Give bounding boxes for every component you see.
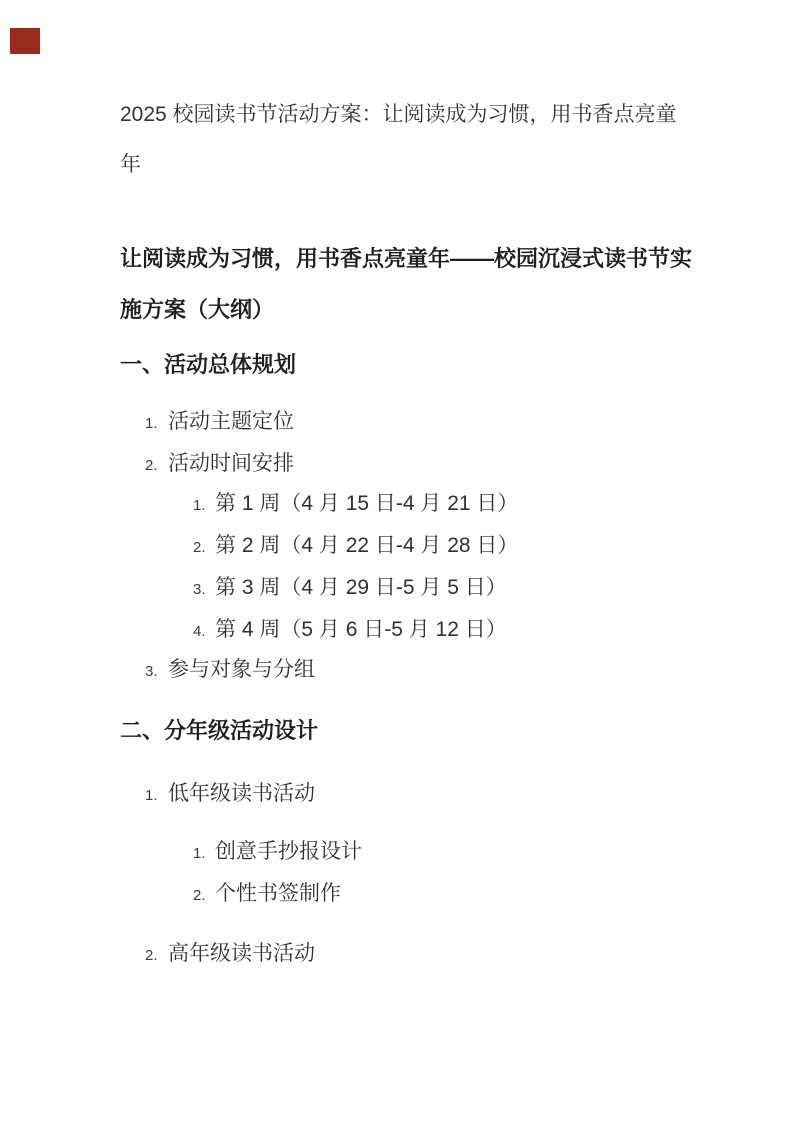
- list-number: 3.: [145, 658, 168, 686]
- document-title: 2025 校园读书节活动方案：让阅读成为习惯，用书香点亮童年: [120, 90, 680, 190]
- list-item: 1. 低年级读书活动: [145, 780, 315, 810]
- section-heading-2: 二、分年级活动设计: [120, 717, 318, 745]
- document-page: 2025 校园读书节活动方案：让阅读成为习惯，用书香点亮童年 让阅读成为习惯，用…: [0, 0, 793, 1122]
- list-item-text: 第 3 周（4 月 29 日-5 月 5 日）: [215, 574, 507, 602]
- list-item-text: 第 2 周（4 月 22 日-4 月 28 日）: [215, 532, 518, 560]
- list-number: 1.: [193, 840, 215, 868]
- list-item-text: 活动主题定位: [168, 408, 294, 436]
- list-number: 3.: [193, 576, 215, 604]
- list-item-text: 活动时间安排: [168, 450, 294, 478]
- sub-list-item: 3. 第 3 周（4 月 29 日-5 月 5 日）: [193, 574, 507, 604]
- sub-list-item: 1. 第 1 周（4 月 15 日-4 月 21 日）: [193, 490, 518, 520]
- document-subtitle-heading: 让阅读成为习惯，用书香点亮童年——校园沉浸式读书节实施方案（大纲）: [120, 233, 695, 335]
- list-number: 1.: [145, 782, 168, 810]
- list-number: 1.: [145, 410, 168, 438]
- list-item-text: 参与对象与分组: [168, 656, 315, 684]
- sub-list-item: 2. 第 2 周（4 月 22 日-4 月 28 日）: [193, 532, 518, 562]
- sub-list-item: 1. 创意手抄报设计: [193, 838, 362, 868]
- corner-marker: [10, 28, 40, 54]
- list-item: 1. 活动主题定位: [145, 408, 294, 438]
- section-heading-1: 一、活动总体规划: [120, 351, 296, 379]
- sub-list-item: 4. 第 4 周（5 月 6 日-5 月 12 日）: [193, 616, 507, 646]
- sub-list-item: 2. 个性书签制作: [193, 880, 341, 910]
- list-item-text: 第 1 周（4 月 15 日-4 月 21 日）: [215, 490, 518, 518]
- list-item: 2. 高年级读书活动: [145, 940, 315, 970]
- list-item-text: 低年级读书活动: [168, 780, 315, 808]
- list-number: 1.: [193, 492, 215, 520]
- list-number: 2.: [145, 452, 168, 480]
- list-item-text: 第 4 周（5 月 6 日-5 月 12 日）: [215, 616, 507, 644]
- list-item-text: 高年级读书活动: [168, 940, 315, 968]
- list-item-text: 个性书签制作: [215, 880, 341, 908]
- list-item: 2. 活动时间安排: [145, 450, 294, 480]
- list-item-text: 创意手抄报设计: [215, 838, 362, 866]
- list-number: 2.: [193, 882, 215, 910]
- list-item: 3. 参与对象与分组: [145, 656, 315, 686]
- list-number: 2.: [145, 942, 168, 970]
- list-number: 4.: [193, 618, 215, 646]
- list-number: 2.: [193, 534, 215, 562]
